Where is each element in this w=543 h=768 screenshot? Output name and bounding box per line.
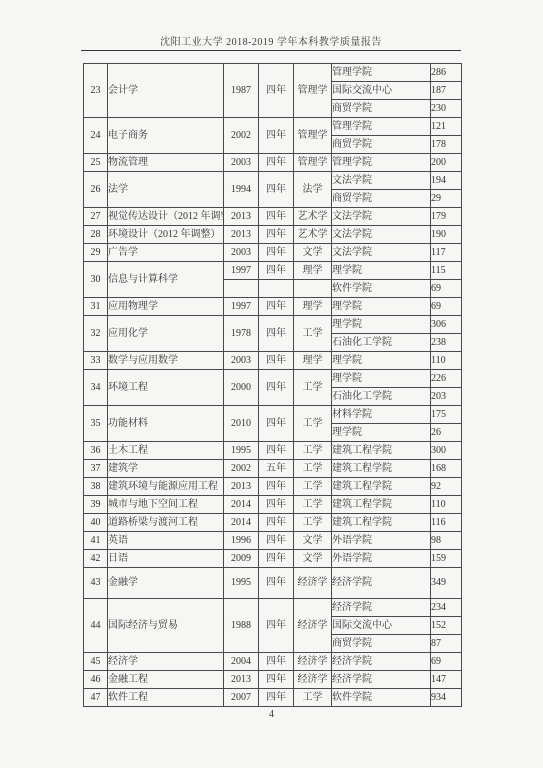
page-number: 4	[0, 709, 543, 720]
year-cell: 2003	[224, 154, 259, 172]
major-name-cell: 应用物理学	[108, 298, 224, 316]
college-cell: 外语学院	[332, 550, 431, 568]
count-cell: 110	[431, 352, 462, 370]
table-row: 42日语2009四年文学外语学院159	[84, 550, 462, 568]
year-cell: 2013	[224, 208, 259, 226]
discipline-cell: 文学	[294, 532, 332, 550]
count-cell: 175	[431, 406, 462, 424]
table-row: 37建筑学2002五年工学建筑工程学院168	[84, 460, 462, 478]
table-row: 34环境工程2000四年工学理学院226	[84, 370, 462, 388]
count-cell: 194	[431, 172, 462, 190]
major-name-cell: 软件工程	[108, 689, 224, 707]
major-name-cell: 土木工程	[108, 442, 224, 460]
duration-cell: 四年	[259, 671, 294, 689]
count-cell: 147	[431, 671, 462, 689]
count-cell: 98	[431, 532, 462, 550]
duration-cell: 四年	[259, 298, 294, 316]
count-cell: 69	[431, 280, 462, 298]
row-number-cell: 27	[84, 208, 108, 226]
year-cell: 1987	[224, 64, 259, 118]
major-name-cell: 城市与地下空间工程	[108, 496, 224, 514]
year-cell: 1997	[224, 298, 259, 316]
year-cell: 2010	[224, 406, 259, 442]
discipline-cell: 法学	[294, 172, 332, 208]
table-row: 36土木工程1995四年工学建筑工程学院300	[84, 442, 462, 460]
duration-cell: 四年	[259, 442, 294, 460]
year-cell: 2004	[224, 653, 259, 671]
major-name-cell: 会计学	[108, 64, 224, 118]
count-cell: 306	[431, 316, 462, 334]
count-cell: 121	[431, 118, 462, 136]
count-cell: 159	[431, 550, 462, 568]
discipline-cell: 艺术学	[294, 208, 332, 226]
college-cell: 文法学院	[332, 244, 431, 262]
row-number-cell: 30	[84, 262, 108, 298]
major-name-cell: 环境设计（2012 年调整）	[108, 226, 224, 244]
college-cell: 商贸学院	[332, 635, 431, 653]
major-name-cell: 法学	[108, 172, 224, 208]
discipline-cell: 管理学	[294, 64, 332, 118]
college-cell: 商贸学院	[332, 100, 431, 118]
year-cell: 2013	[224, 226, 259, 244]
row-number-cell: 29	[84, 244, 108, 262]
college-cell: 文法学院	[332, 208, 431, 226]
year-cell: 2002	[224, 118, 259, 154]
row-number-cell: 36	[84, 442, 108, 460]
year-cell: 1988	[224, 599, 259, 653]
row-number-cell: 23	[84, 64, 108, 118]
discipline-cell: 经济学	[294, 568, 332, 599]
discipline-cell: 工学	[294, 689, 332, 707]
row-number-cell: 46	[84, 671, 108, 689]
majors-table-body: 23会计学1987四年管理学管理学院286国际交流中心187商贸学院23024电…	[84, 64, 462, 707]
college-cell: 软件学院	[332, 689, 431, 707]
discipline-cell: 工学	[294, 460, 332, 478]
college-cell: 国际交流中心	[332, 82, 431, 100]
duration-cell: 四年	[259, 599, 294, 653]
row-number-cell: 33	[84, 352, 108, 370]
major-name-cell: 广告学	[108, 244, 224, 262]
table-row: 30信息与计算科学1997四年理学理学院115	[84, 262, 462, 280]
table-row: 44国际经济与贸易1988四年经济学经济学院234	[84, 599, 462, 617]
duration-cell: 四年	[259, 244, 294, 262]
duration-cell: 四年	[259, 550, 294, 568]
row-number-cell: 44	[84, 599, 108, 653]
college-cell: 软件学院	[332, 280, 431, 298]
table-row: 32应用化学1978四年工学理学院306	[84, 316, 462, 334]
duration-cell: 四年	[259, 370, 294, 406]
count-cell: 234	[431, 599, 462, 617]
count-cell: 200	[431, 154, 462, 172]
duration-cell-empty	[259, 280, 294, 298]
discipline-cell: 经济学	[294, 671, 332, 689]
duration-cell: 四年	[259, 208, 294, 226]
major-name-cell: 电子商务	[108, 118, 224, 154]
count-cell: 934	[431, 689, 462, 707]
count-cell: 179	[431, 208, 462, 226]
college-cell: 管理学院	[332, 64, 431, 82]
college-cell: 商贸学院	[332, 136, 431, 154]
table-row: 35功能材料2010四年工学材料学院175	[84, 406, 462, 424]
college-cell: 石油化工学院	[332, 334, 431, 352]
college-cell: 外语学院	[332, 532, 431, 550]
count-cell: 116	[431, 514, 462, 532]
college-cell: 理学院	[332, 262, 431, 280]
table-row: 33数学与应用数学2003四年理学理学院110	[84, 352, 462, 370]
major-name-cell: 金融工程	[108, 671, 224, 689]
discipline-cell: 工学	[294, 496, 332, 514]
count-cell: 190	[431, 226, 462, 244]
duration-cell: 四年	[259, 262, 294, 280]
year-cell: 2000	[224, 370, 259, 406]
duration-cell: 四年	[259, 514, 294, 532]
college-cell: 理学院	[332, 424, 431, 442]
count-cell: 349	[431, 568, 462, 599]
year-cell: 2009	[224, 550, 259, 568]
college-cell: 建筑工程学院	[332, 496, 431, 514]
count-cell: 178	[431, 136, 462, 154]
discipline-cell: 工学	[294, 370, 332, 406]
row-number-cell: 24	[84, 118, 108, 154]
year-cell: 1997	[224, 262, 259, 280]
college-cell: 理学院	[332, 352, 431, 370]
row-number-cell: 37	[84, 460, 108, 478]
count-cell: 152	[431, 617, 462, 635]
row-number-cell: 31	[84, 298, 108, 316]
major-name-cell: 英语	[108, 532, 224, 550]
row-number-cell: 38	[84, 478, 108, 496]
row-number-cell: 43	[84, 568, 108, 599]
count-cell: 87	[431, 635, 462, 653]
row-number-cell: 47	[84, 689, 108, 707]
duration-cell: 四年	[259, 478, 294, 496]
discipline-cell: 文学	[294, 244, 332, 262]
discipline-cell: 理学	[294, 298, 332, 316]
college-cell: 理学院	[332, 298, 431, 316]
discipline-cell: 工学	[294, 478, 332, 496]
row-number-cell: 28	[84, 226, 108, 244]
year-cell: 1994	[224, 172, 259, 208]
table-row: 27视觉传达设计（2012 年调整）2013四年艺术学文法学院179	[84, 208, 462, 226]
discipline-cell: 经济学	[294, 599, 332, 653]
college-cell: 建筑工程学院	[332, 442, 431, 460]
discipline-cell: 管理学	[294, 118, 332, 154]
major-name-cell: 信息与计算科学	[108, 262, 224, 298]
duration-cell: 四年	[259, 406, 294, 442]
row-number-cell: 42	[84, 550, 108, 568]
count-cell: 300	[431, 442, 462, 460]
discipline-cell: 理学	[294, 262, 332, 280]
duration-cell: 四年	[259, 689, 294, 707]
year-cell: 2003	[224, 352, 259, 370]
major-name-cell: 国际经济与贸易	[108, 599, 224, 653]
discipline-cell: 管理学	[294, 154, 332, 172]
discipline-cell: 工学	[294, 514, 332, 532]
count-cell: 203	[431, 388, 462, 406]
discipline-cell: 文学	[294, 550, 332, 568]
college-cell: 建筑工程学院	[332, 514, 431, 532]
year-cell: 1996	[224, 532, 259, 550]
year-cell: 2002	[224, 460, 259, 478]
duration-cell: 四年	[259, 172, 294, 208]
duration-cell: 四年	[259, 532, 294, 550]
count-cell: 286	[431, 64, 462, 82]
table-row: 40道路桥梁与渡河工程2014四年工学建筑工程学院116	[84, 514, 462, 532]
college-cell: 管理学院	[332, 154, 431, 172]
document-page: 沈阳工业大学 2018-2019 学年本科教学质量报告 23会计学1987四年管…	[0, 0, 543, 768]
year-cell: 2013	[224, 478, 259, 496]
year-cell: 2014	[224, 514, 259, 532]
year-cell: 2013	[224, 671, 259, 689]
discipline-cell: 工学	[294, 406, 332, 442]
college-cell: 石油化工学院	[332, 388, 431, 406]
row-number-cell: 45	[84, 653, 108, 671]
table-row: 46金融工程2013四年经济学经济学院147	[84, 671, 462, 689]
duration-cell: 四年	[259, 568, 294, 599]
row-number-cell: 39	[84, 496, 108, 514]
major-name-cell: 应用化学	[108, 316, 224, 352]
duration-cell: 四年	[259, 118, 294, 154]
table-row: 28环境设计（2012 年调整）2013四年艺术学文法学院190	[84, 226, 462, 244]
table-row: 41英语1996四年文学外语学院98	[84, 532, 462, 550]
college-cell: 文法学院	[332, 226, 431, 244]
college-cell: 建筑工程学院	[332, 478, 431, 496]
major-name-cell: 功能材料	[108, 406, 224, 442]
count-cell: 230	[431, 100, 462, 118]
major-name-cell: 视觉传达设计（2012 年调整）	[108, 208, 224, 226]
major-name-cell: 道路桥梁与渡河工程	[108, 514, 224, 532]
college-cell: 建筑工程学院	[332, 460, 431, 478]
table-row: 38建筑环境与能源应用工程2013四年工学建筑工程学院92	[84, 478, 462, 496]
college-cell: 经济学院	[332, 599, 431, 617]
count-cell: 187	[431, 82, 462, 100]
table-row: 29广告学2003四年文学文法学院117	[84, 244, 462, 262]
row-number-cell: 25	[84, 154, 108, 172]
major-name-cell: 建筑环境与能源应用工程	[108, 478, 224, 496]
table-row: 31应用物理学1997四年理学理学院69	[84, 298, 462, 316]
discipline-cell: 工学	[294, 316, 332, 352]
count-cell: 226	[431, 370, 462, 388]
major-name-cell: 建筑学	[108, 460, 224, 478]
running-header-title: 沈阳工业大学 2018-2019 学年本科教学质量报告	[81, 33, 461, 48]
duration-cell: 四年	[259, 154, 294, 172]
header-divider	[81, 50, 461, 51]
year-cell: 1995	[224, 568, 259, 599]
duration-cell: 四年	[259, 226, 294, 244]
majors-table: 23会计学1987四年管理学管理学院286国际交流中心187商贸学院23024电…	[83, 63, 462, 707]
table-row: 47软件工程2007四年工学软件学院934	[84, 689, 462, 707]
college-cell: 文法学院	[332, 172, 431, 190]
count-cell: 238	[431, 334, 462, 352]
table-row: 23会计学1987四年管理学管理学院286	[84, 64, 462, 82]
row-number-cell: 34	[84, 370, 108, 406]
discipline-cell: 工学	[294, 442, 332, 460]
table-row: 25物流管理2003四年管理学管理学院200	[84, 154, 462, 172]
college-cell: 材料学院	[332, 406, 431, 424]
duration-cell: 四年	[259, 316, 294, 352]
college-cell: 理学院	[332, 370, 431, 388]
major-name-cell: 数学与应用数学	[108, 352, 224, 370]
duration-cell: 五年	[259, 460, 294, 478]
table-row: 45经济学2004四年经济学经济学院69	[84, 653, 462, 671]
major-name-cell: 环境工程	[108, 370, 224, 406]
count-cell: 168	[431, 460, 462, 478]
discipline-cell: 理学	[294, 352, 332, 370]
major-name-cell: 日语	[108, 550, 224, 568]
year-cell: 2003	[224, 244, 259, 262]
table-row: 43金融学1995四年经济学经济学院349	[84, 568, 462, 599]
row-number-cell: 32	[84, 316, 108, 352]
count-cell: 29	[431, 190, 462, 208]
duration-cell: 四年	[259, 64, 294, 118]
discipline-cell-empty	[294, 280, 332, 298]
major-name-cell: 经济学	[108, 653, 224, 671]
row-number-cell: 41	[84, 532, 108, 550]
count-cell: 69	[431, 653, 462, 671]
discipline-cell: 艺术学	[294, 226, 332, 244]
row-number-cell: 35	[84, 406, 108, 442]
table-row: 26法学1994四年法学文法学院194	[84, 172, 462, 190]
table-row: 24电子商务2002四年管理学管理学院121	[84, 118, 462, 136]
table-row: 39城市与地下空间工程2014四年工学建筑工程学院110	[84, 496, 462, 514]
college-cell: 商贸学院	[332, 190, 431, 208]
count-cell: 69	[431, 298, 462, 316]
college-cell: 理学院	[332, 316, 431, 334]
college-cell: 经济学院	[332, 568, 431, 599]
college-cell: 管理学院	[332, 118, 431, 136]
discipline-cell: 经济学	[294, 653, 332, 671]
college-cell: 经济学院	[332, 653, 431, 671]
college-cell: 经济学院	[332, 671, 431, 689]
row-number-cell: 26	[84, 172, 108, 208]
count-cell: 115	[431, 262, 462, 280]
duration-cell: 四年	[259, 352, 294, 370]
major-name-cell: 物流管理	[108, 154, 224, 172]
count-cell: 117	[431, 244, 462, 262]
year-cell: 2014	[224, 496, 259, 514]
year-cell-empty	[224, 280, 259, 298]
year-cell: 2007	[224, 689, 259, 707]
count-cell: 92	[431, 478, 462, 496]
duration-cell: 四年	[259, 653, 294, 671]
duration-cell: 四年	[259, 496, 294, 514]
count-cell: 110	[431, 496, 462, 514]
major-name-cell: 金融学	[108, 568, 224, 599]
year-cell: 1978	[224, 316, 259, 352]
year-cell: 1995	[224, 442, 259, 460]
college-cell: 国际交流中心	[332, 617, 431, 635]
count-cell: 26	[431, 424, 462, 442]
row-number-cell: 40	[84, 514, 108, 532]
